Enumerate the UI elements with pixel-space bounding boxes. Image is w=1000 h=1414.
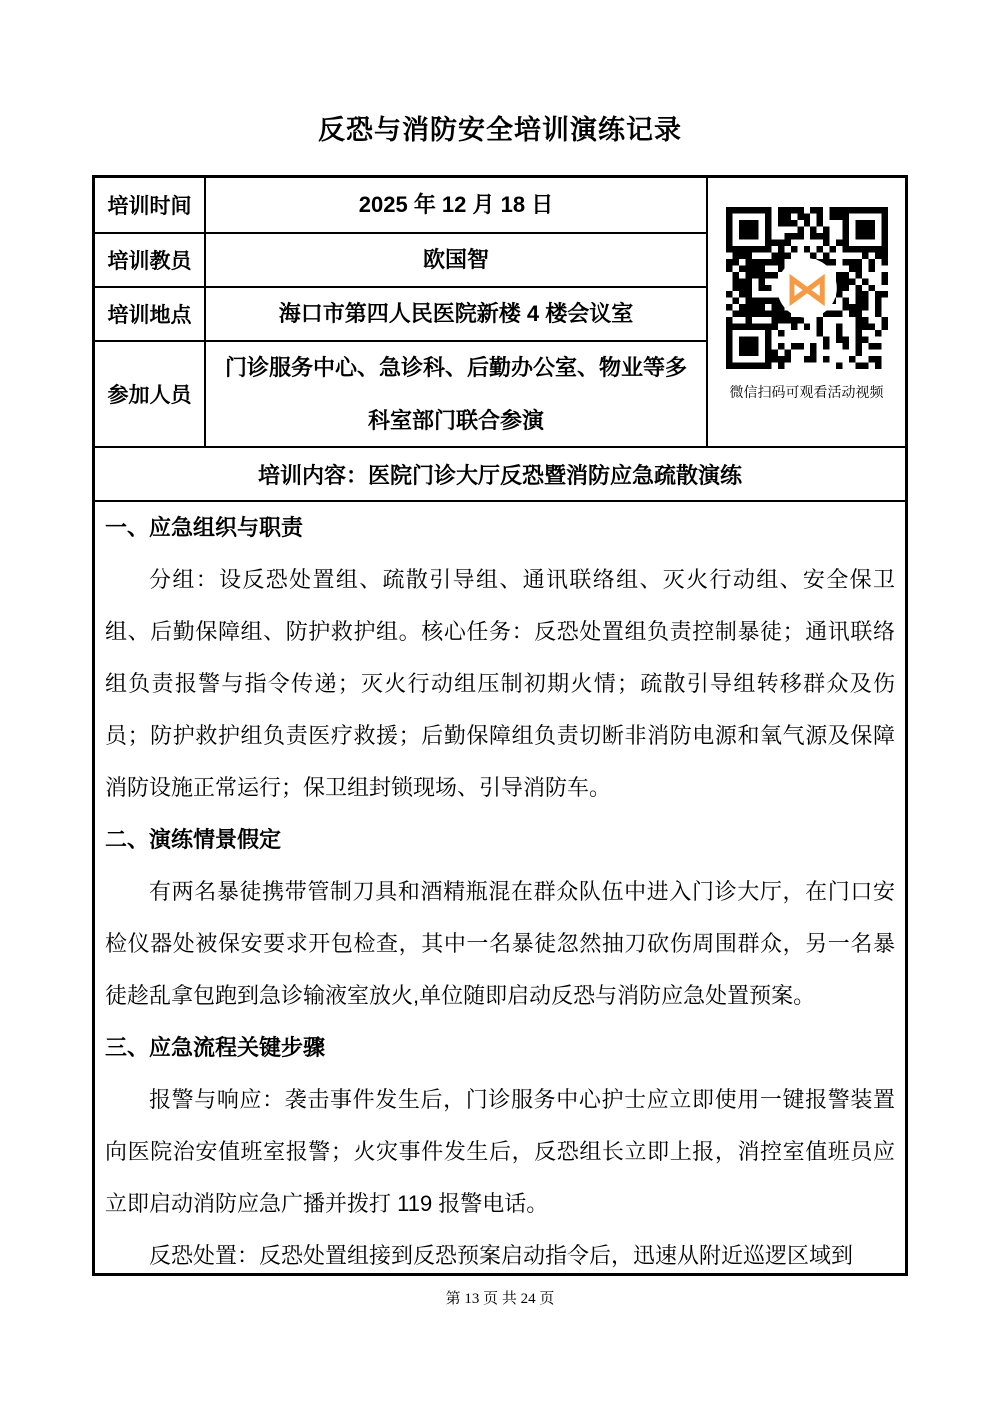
record-body: 一、应急组织与职责 分组：设反恐处置组、疏散引导组、通讯联络组、灭火行动组、安全… — [95, 502, 905, 1273]
page-title: 反恐与消防安全培训演练记录 — [0, 108, 1000, 147]
label-participants: 参加人员 — [95, 342, 206, 448]
label-training-location: 培训地点 — [95, 288, 206, 342]
body-paragraph: 报警与响应：袭击事件发生后，门诊服务中心护士应立即使用一键报警装置向医院治安值班… — [105, 1074, 895, 1230]
section-heading-2: 二、演练情景假定 — [105, 814, 895, 866]
value-training-time: 2025 年 12 月 18 日 — [206, 178, 708, 234]
qr-code-cell: ⋈ 微信扫码可观看活动视频 — [708, 178, 905, 448]
wechat-channels-icon: ⋈ — [785, 265, 828, 313]
page-number: 第 13 页 共 24 页 — [0, 1287, 1000, 1308]
document-page: 反恐与消防安全培训演练记录 培训时间 2025 年 12 月 18 日 培训教员… — [0, 0, 1000, 1414]
body-paragraph: 有两名暴徒携带管制刀具和酒精瓶混在群众队伍中进入门诊大厅，在门口安检仪器处被保安… — [105, 866, 895, 1022]
training-record-table: 培训时间 2025 年 12 月 18 日 培训教员 欧国智 培训地点 海口市第… — [92, 175, 908, 1276]
qr-code: ⋈ — [726, 207, 888, 369]
training-content-row: 培训内容：医院门诊大厅反恐暨消防应急疏散演练 — [95, 448, 905, 502]
qr-caption: 微信扫码可观看活动视频 — [730, 382, 884, 402]
label-training-instructor: 培训教员 — [95, 234, 206, 288]
section-heading-1: 一、应急组织与职责 — [105, 502, 895, 554]
value-training-location: 海口市第四人民医院新楼 4 楼会议室 — [206, 288, 708, 342]
body-paragraph: 反恐处置：反恐处置组接到反恐预案启动指令后，迅速从附近巡逻区域到 — [105, 1230, 895, 1273]
body-paragraph: 分组：设反恐处置组、疏散引导组、通讯联络组、灭火行动组、安全保卫组、后勤保障组、… — [105, 554, 895, 814]
value-training-instructor: 欧国智 — [206, 234, 708, 288]
value-participants: 门诊服务中心、急诊科、后勤办公室、物业等多科室部门联合参演 — [206, 342, 708, 448]
section-heading-3: 三、应急流程关键步骤 — [105, 1022, 895, 1074]
label-training-time: 培训时间 — [95, 178, 206, 234]
